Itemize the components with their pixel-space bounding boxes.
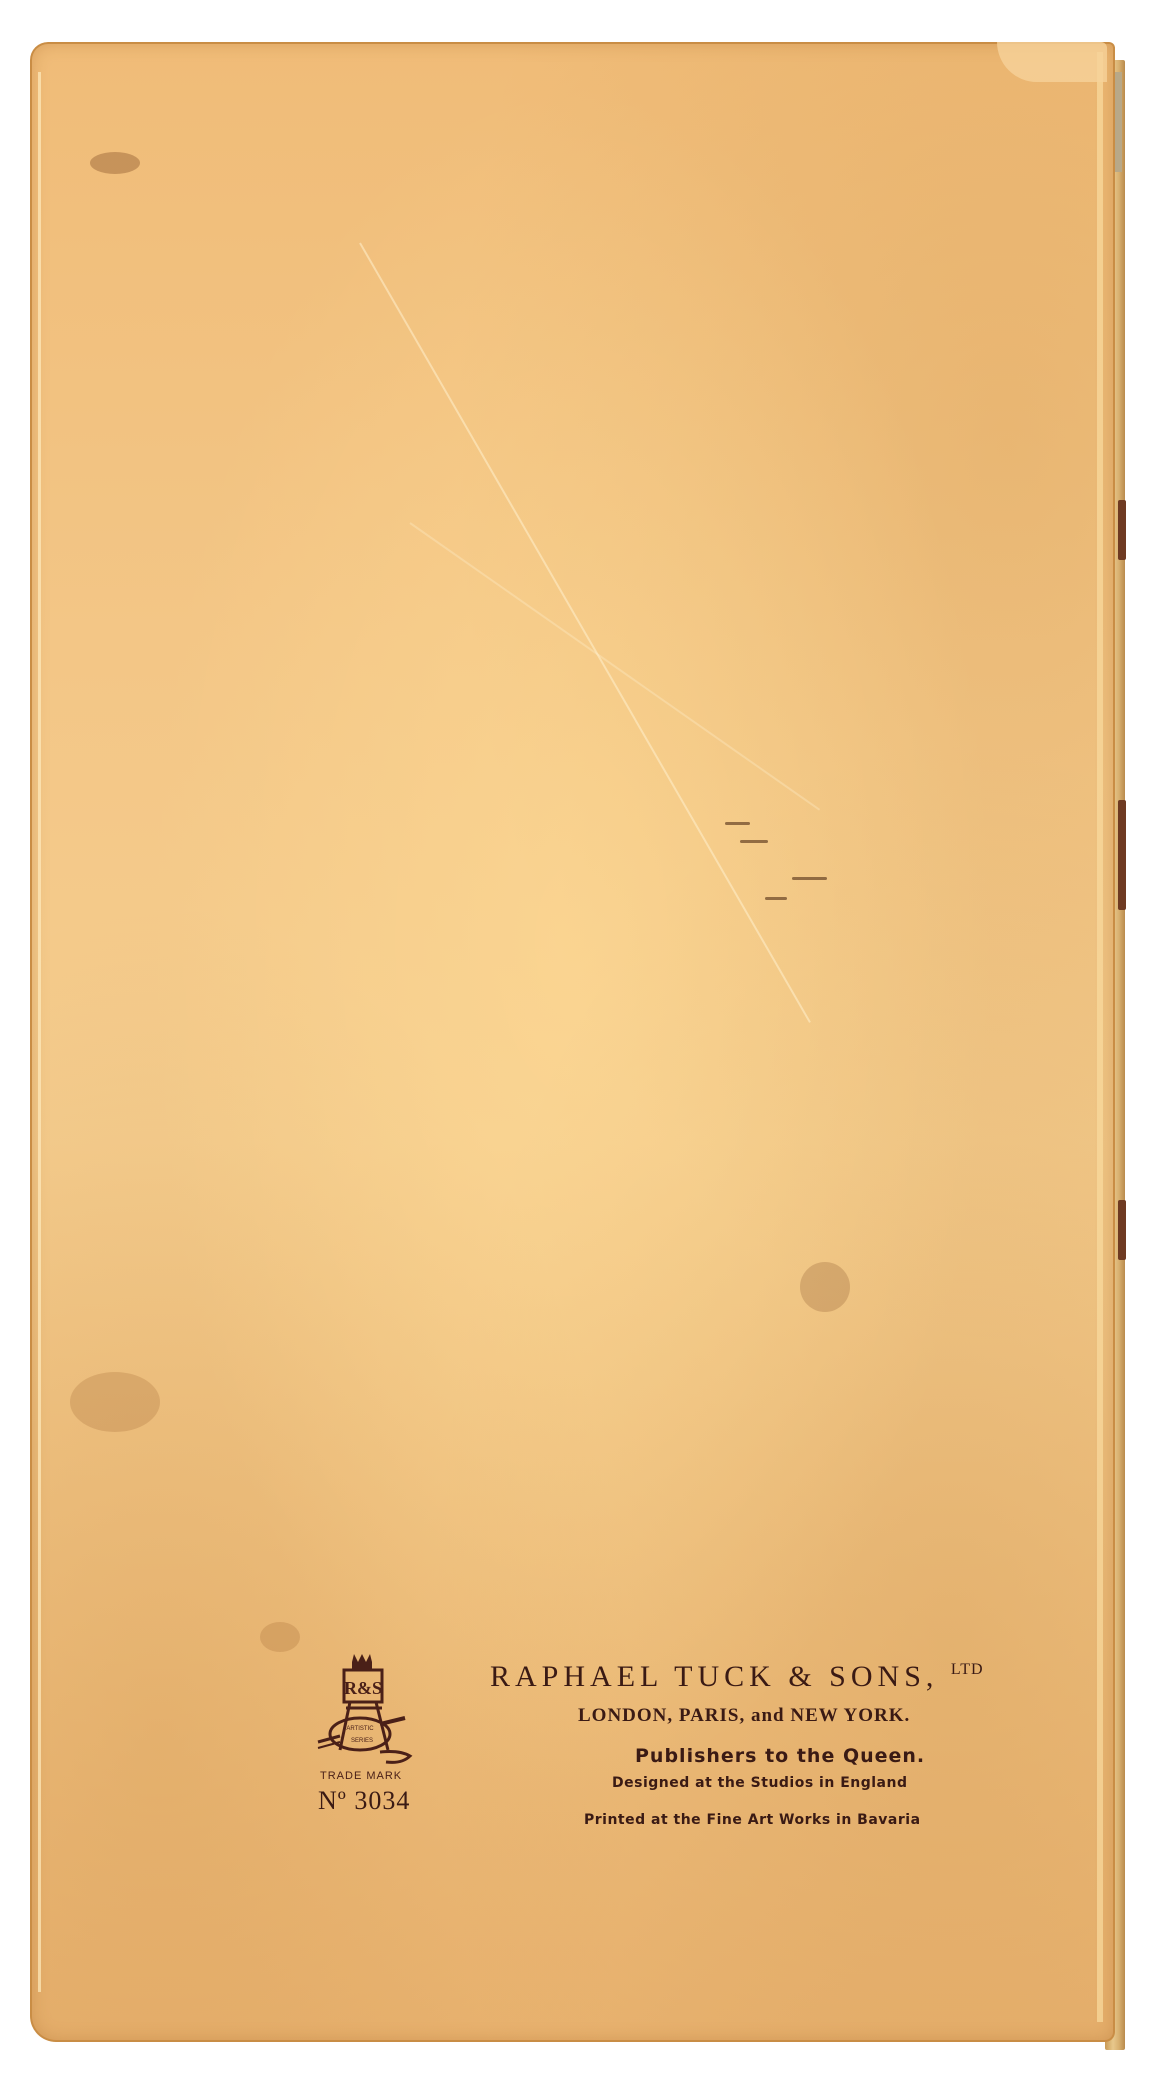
designed-note: Designed at the Studios in England [612, 1775, 907, 1791]
svg-text:R&S: R&S [344, 1678, 382, 1698]
publisher-name-suffix: LTD [951, 1661, 984, 1678]
catalog-number: Nº 3034 [318, 1786, 410, 1816]
easel-palette-trademark-icon: R&S ARTISTIC SERIES [310, 1652, 420, 1772]
catalog-number-value: 3034 [354, 1786, 410, 1815]
printed-note: Printed at the Fine Art Works in Bavaria [584, 1812, 921, 1828]
svg-text:ARTISTIC: ARTISTIC [346, 1726, 374, 1732]
trademark-logo: R&S ARTISTIC SERIES [310, 1652, 420, 1782]
publisher-imprint: R&S ARTISTIC SERIES TRADE MARK Nº 3034 R… [0, 0, 1172, 2096]
publisher-cities: LONDON, PARIS, and NEW YORK. [578, 1705, 910, 1727]
trademark-label: TRADE MARK [320, 1770, 402, 1782]
catalog-number-prefix: Nº [318, 1786, 347, 1815]
publisher-name: RAPHAEL TUCK & SONS, LTD [490, 1660, 984, 1694]
publisher-name-text: RAPHAEL TUCK & SONS, [490, 1660, 938, 1693]
svg-text:SERIES: SERIES [351, 1738, 373, 1744]
royal-appointment: Publishers to the Queen. [635, 1745, 925, 1767]
